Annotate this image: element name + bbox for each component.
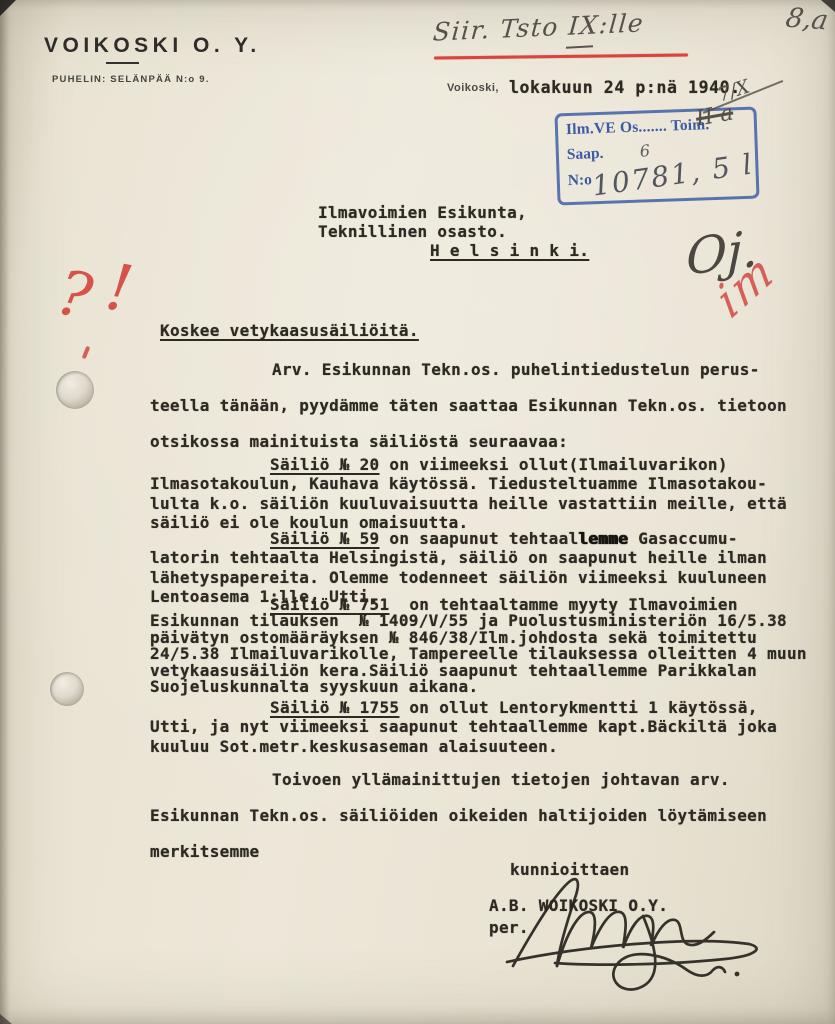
body-line: Toivoen yllämainittujen tietojen johtava… xyxy=(272,762,767,798)
body-line: lulta k.o. säiliön kuuluvaisuutta heille… xyxy=(150,494,787,513)
body-paragraph: Säiliö № 20 on viimeeksi ollut(Ilmailuva… xyxy=(150,455,787,532)
subject-line: Koskee vetykaasusäiliöitä. xyxy=(160,321,419,340)
stamp-arrival-day: 6 xyxy=(638,141,650,161)
pencil-underline xyxy=(566,45,593,48)
stamp-saap-label: Saap. xyxy=(567,145,604,163)
body-line: merkitsemme xyxy=(150,834,767,870)
body-line: latorin tehtaalta Helsingistä, säiliö on… xyxy=(150,548,767,567)
letterhead-company: VOIKOSKI O. Y. xyxy=(44,34,261,58)
recipient-line: Ilmavoimien Esikunta, xyxy=(318,204,589,223)
body-line: lähetyspapereita. Olemme todenneet säili… xyxy=(150,568,767,587)
body-paragraph: Säiliö № 751 on tehtaaltamme myyty Ilmav… xyxy=(150,597,807,695)
recipient-city: H e l s i n k i. xyxy=(430,242,589,261)
body-line: Arv. Esikunnan Tekn.os. puhelintiedustel… xyxy=(272,352,787,388)
left-edge-shadow xyxy=(0,0,10,1024)
pencil-routing-note: Siir. Tsto IX:lle xyxy=(432,8,645,46)
letterhead-underline xyxy=(106,62,139,64)
signature-scribble xyxy=(497,866,797,998)
red-tick-mark xyxy=(82,346,91,360)
recipient-address: Ilmavoimien Esikunta, Teknillinen osasto… xyxy=(318,204,589,260)
punch-hole xyxy=(56,371,94,409)
punch-hole xyxy=(50,672,84,706)
body-paragraph: Säiliö № 1755 on ollut Lentorykmentti 1 … xyxy=(150,698,777,756)
body-line: kuuluu Sot.metr.keskusaseman alaisuuteen… xyxy=(150,737,777,756)
body-line: Ilmasotakoulun, Kauhava käytössä. Tiedus… xyxy=(150,474,787,493)
red-pencil-underline xyxy=(434,53,688,59)
body-line: Esikunnan Tekn.os. säiliöiden oikeiden h… xyxy=(150,798,767,834)
recipient-line: Teknillinen osasto. xyxy=(318,223,589,242)
body-line: Suojeluskunnalta syyskuun aikana. xyxy=(150,679,807,695)
body-paragraph: Toivoen yllämainittujen tietojen johtava… xyxy=(150,762,767,869)
body-line: Säiliö № 1755 on ollut Lentorykmentti 1 … xyxy=(270,698,777,717)
body-line: Säiliö № 20 on viimeeksi ollut(Ilmailuva… xyxy=(270,455,787,474)
pencil-page-number: 8,a xyxy=(783,3,830,37)
body-line: teella tänään, pyydämme täten saattaa Es… xyxy=(150,388,787,424)
body-line: Säiliö № 59 on saapunut tehtaallemme Gas… xyxy=(270,529,767,548)
body-line: Utti, ja nyt viimeeksi saapunut tehtaall… xyxy=(150,717,777,736)
dateline-place: Voikoski, xyxy=(447,82,499,94)
letter-scan: VOIKOSKI O. Y. PUHELIN: SELÄNPÄÄ N:o 9. … xyxy=(0,0,835,1024)
body-paragraph: Arv. Esikunnan Tekn.os. puhelintiedustel… xyxy=(150,352,787,459)
letterhead-phone: PUHELIN: SELÄNPÄÄ N:o 9. xyxy=(52,74,210,85)
